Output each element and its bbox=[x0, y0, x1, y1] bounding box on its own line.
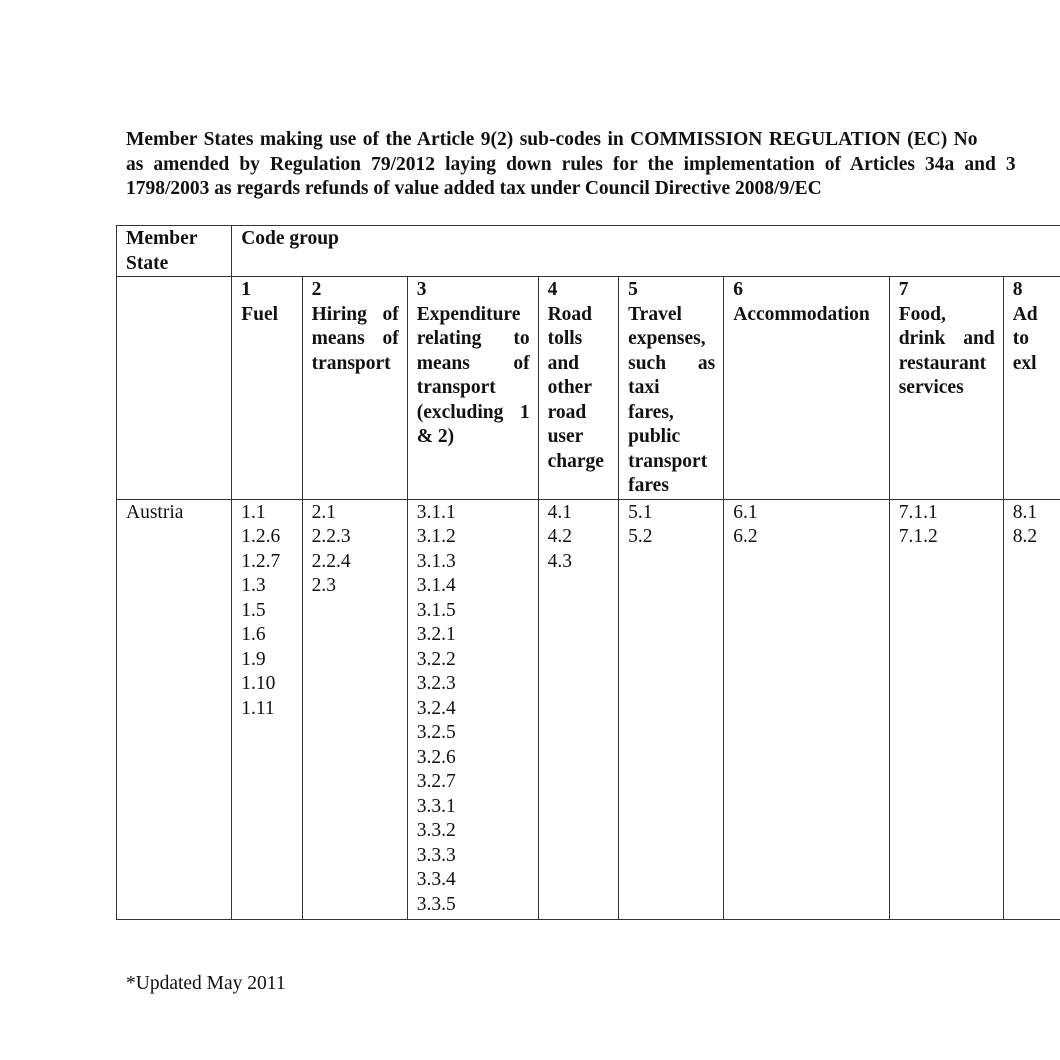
sub-code: 6.1 bbox=[733, 501, 888, 526]
sub-code: 3.2.6 bbox=[417, 746, 538, 771]
column-header-8: 8Adtoexl bbox=[1003, 277, 1060, 500]
sub-code: 3.2.7 bbox=[417, 770, 538, 795]
column-number: 4 bbox=[548, 278, 619, 303]
sub-code: 3.1.3 bbox=[417, 550, 538, 575]
column-header-5: 5Travelexpenses,such astaxifares,publict… bbox=[619, 277, 724, 500]
column-header-4: 4Roadtollsandotherroadusercharge bbox=[538, 277, 619, 500]
column-label: Accommodation bbox=[733, 303, 888, 328]
sub-code: 2.3 bbox=[312, 574, 407, 599]
column-header-1: 1Fuel bbox=[232, 277, 302, 500]
sub-code: 1.10 bbox=[241, 672, 301, 697]
column-header-2: 2Hiring ofmeans oftransport bbox=[302, 277, 407, 500]
sub-code: 7.1.1 bbox=[899, 501, 1003, 526]
member-state-header: Member State bbox=[117, 226, 232, 277]
sub-code: 8.2 bbox=[1013, 525, 1060, 550]
sub-code: 1.3 bbox=[241, 574, 301, 599]
member-state-cell: Austria bbox=[117, 499, 232, 919]
title-line-2: as amended by Regulation 79/2012 laying … bbox=[126, 153, 1060, 178]
column-header-6: 6Accommodation bbox=[724, 277, 889, 500]
footnote: *Updated May 2011 bbox=[126, 972, 286, 996]
column-label: Hiring ofmeans oftransport bbox=[312, 303, 407, 377]
codes-cell-group-7: 7.1.17.1.2 bbox=[889, 499, 1003, 919]
column-number: 3 bbox=[417, 278, 538, 303]
sub-code: 3.2.2 bbox=[417, 648, 538, 673]
column-number: 8 bbox=[1013, 278, 1060, 303]
sub-code: 3.1.4 bbox=[417, 574, 538, 599]
code-group-header: Code group bbox=[232, 226, 1060, 277]
sub-code: 5.2 bbox=[628, 525, 723, 550]
sub-code: 3.3.2 bbox=[417, 819, 538, 844]
sub-code: 5.1 bbox=[628, 501, 723, 526]
sub-code: 2.2.4 bbox=[312, 550, 407, 575]
codes-cell-group-5: 5.15.2 bbox=[619, 499, 724, 919]
sub-code: 3.1.2 bbox=[417, 525, 538, 550]
member-state-header-blank bbox=[117, 277, 232, 500]
sub-code: 1.6 bbox=[241, 623, 301, 648]
column-label: Expenditurerelating tomeans oftransport(… bbox=[417, 303, 538, 450]
sub-code: 4.3 bbox=[548, 550, 619, 575]
sub-code: 4.2 bbox=[548, 525, 619, 550]
sub-code: 3.1.5 bbox=[417, 599, 538, 624]
column-header-7: 7Food,drink andrestaurantservices bbox=[889, 277, 1003, 500]
column-number: 5 bbox=[628, 278, 723, 303]
sub-code: 6.2 bbox=[733, 525, 888, 550]
codes-cell-group-6: 6.16.2 bbox=[724, 499, 889, 919]
column-number: 2 bbox=[312, 278, 407, 303]
sub-code: 3.2.1 bbox=[417, 623, 538, 648]
sub-code: 3.2.5 bbox=[417, 721, 538, 746]
sub-code: 8.1 bbox=[1013, 501, 1060, 526]
sub-code: 1.1 bbox=[241, 501, 301, 526]
sub-code: 1.2.7 bbox=[241, 550, 301, 575]
sub-code: 3.1.1 bbox=[417, 501, 538, 526]
sub-code: 7.1.2 bbox=[899, 525, 1003, 550]
sub-code: 3.3.4 bbox=[417, 868, 538, 893]
column-label: Fuel bbox=[241, 303, 301, 328]
column-label: Food,drink andrestaurantservices bbox=[899, 303, 1003, 401]
title-line-1: Member States making use of the Article … bbox=[126, 128, 1060, 153]
sub-code: 1.2.6 bbox=[241, 525, 301, 550]
sub-code: 2.1 bbox=[312, 501, 407, 526]
sub-code: 2.2.3 bbox=[312, 525, 407, 550]
column-header-3: 3Expenditurerelating tomeans oftransport… bbox=[407, 277, 538, 500]
sub-code: 1.11 bbox=[241, 697, 301, 722]
sub-code: 1.5 bbox=[241, 599, 301, 624]
sub-code: 3.2.3 bbox=[417, 672, 538, 697]
sub-code: 3.3.5 bbox=[417, 893, 538, 918]
sub-code: 3.3.1 bbox=[417, 795, 538, 820]
codes-cell-group-2: 2.12.2.32.2.42.3 bbox=[302, 499, 407, 919]
sub-code: 1.9 bbox=[241, 648, 301, 673]
sub-code: 3.3.3 bbox=[417, 844, 538, 869]
codes-cell-group-8: 8.18.2 bbox=[1003, 499, 1060, 919]
column-number: 1 bbox=[241, 278, 301, 303]
column-label: Adtoexl bbox=[1013, 303, 1060, 377]
column-number: 6 bbox=[733, 278, 888, 303]
title-line-3: 1798/2003 as regards refunds of value ad… bbox=[126, 177, 1060, 202]
member-states-table: Member State Code group 1Fuel2Hiring ofm… bbox=[116, 225, 1060, 920]
column-label: Roadtollsandotherroadusercharge bbox=[548, 303, 619, 475]
document-title: Member States making use of the Article … bbox=[126, 128, 1060, 202]
codes-cell-group-1: 1.11.2.61.2.71.31.51.61.91.101.11 bbox=[232, 499, 302, 919]
codes-cell-group-3: 3.1.13.1.23.1.33.1.43.1.53.2.13.2.23.2.3… bbox=[407, 499, 538, 919]
codes-cell-group-4: 4.14.24.3 bbox=[538, 499, 619, 919]
sub-code: 4.1 bbox=[548, 501, 619, 526]
column-label: Travelexpenses,such astaxifares,publictr… bbox=[628, 303, 723, 499]
column-number: 7 bbox=[899, 278, 1003, 303]
sub-code: 3.2.4 bbox=[417, 697, 538, 722]
